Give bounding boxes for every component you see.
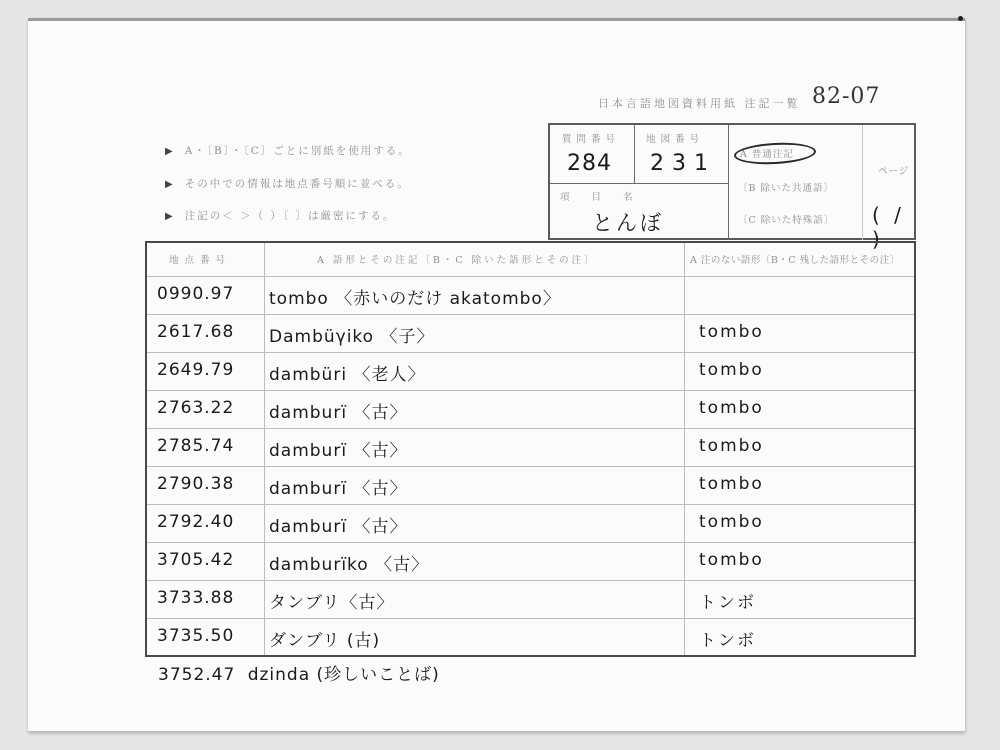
bullet-triangle-icon: ▶ <box>165 179 175 190</box>
plain-form-cell: トンボ <box>699 626 756 651</box>
option-b-excluded-common[interactable]: 〔B 除いた共通語〕 <box>738 180 834 194</box>
point-number-cell: 2763.22 <box>157 398 234 418</box>
column-header-point-number: 地点番号 <box>169 252 231 266</box>
question-number-label: 質問番号 <box>562 131 620 145</box>
point-number-cell: 3733.88 <box>157 588 234 608</box>
form-note-cell: dambüri 〈老人〉 <box>269 360 425 385</box>
bullet-triangle-icon: ▶ <box>165 146 175 157</box>
point-number-cell: 3705.42 <box>157 550 234 570</box>
pin-mark <box>958 16 963 21</box>
plain-form-cell: tombo <box>699 360 764 380</box>
form-note-cell: タンブリ〈古〉 <box>269 588 394 613</box>
point-number-cell: 2785.74 <box>157 436 234 456</box>
form-note-cell: damburïko 〈古〉 <box>269 550 429 575</box>
form-code: 82-07 <box>812 84 880 109</box>
plain-form-cell: tombo <box>699 474 764 494</box>
plain-form-cell: tombo <box>699 436 764 456</box>
map-number-label: 地図番号 <box>646 131 704 145</box>
item-name-value: とんぼ <box>592 207 664 237</box>
plain-form-cell: tombo <box>699 322 764 342</box>
point-number-cell: 2790.38 <box>157 474 234 494</box>
plain-form-cell: tombo <box>699 398 764 418</box>
point-number-cell: 0990.97 <box>157 284 234 304</box>
form-note-cell: ダンブリ (古) <box>269 626 380 651</box>
column-header-form-and-note: A 語形とその注記〔B・C 除いた語形とその注〕 <box>317 252 597 266</box>
form-note-cell: tombo 〈赤いのだけ akatombo〉 <box>269 284 561 309</box>
point-number-cell: 2792.40 <box>157 512 234 532</box>
question-number-value: 284 <box>567 151 612 176</box>
option-c-excluded-special[interactable]: 〔C 除いた特殊語〕 <box>738 212 834 226</box>
plain-form-cell: tombo <box>699 512 764 532</box>
point-number-cell: 3735.50 <box>157 626 234 646</box>
overflow-point-number: 3752.47 <box>158 665 235 685</box>
form-title: 日本言語地図資料用紙 注記一覧 <box>598 95 801 111</box>
form-note-cell: damburï 〈古〉 <box>269 512 407 537</box>
header-box: 質問番号 284 地図番号 231 項目名 とんぼ A 普通注記 〔B 除いた共… <box>548 123 916 240</box>
instruction-item: ▶その中での情報は地点番号順に並べる。 <box>165 176 410 191</box>
column-header-plain-form: A 注のない語形〔B・C 残した語形とその注〕 <box>690 252 900 266</box>
form-note-cell: Dambüγiko 〈子〉 <box>269 322 434 347</box>
form-note-cell: damburï 〈古〉 <box>269 436 407 461</box>
notes-table: 地点番号 A 語形とその注記〔B・C 除いた語形とその注〕 A 注のない語形〔B… <box>145 241 916 657</box>
instruction-item: ▶注記の＜ ＞（ ）〔 〕は厳密にする。 <box>165 208 395 223</box>
map-number-value: 231 <box>650 151 716 176</box>
bullet-triangle-icon: ▶ <box>165 211 175 222</box>
page-label: ページ <box>878 163 909 177</box>
form-note-cell: damburï 〈古〉 <box>269 474 407 499</box>
item-name-label: 項目名 <box>560 189 655 203</box>
overflow-form-note: dzinda (珍しいことば) <box>248 665 440 685</box>
form-note-cell: damburï 〈古〉 <box>269 398 407 423</box>
overflow-row: 3752.47 dzinda (珍しいことば) <box>158 660 440 685</box>
point-number-cell: 2649.79 <box>157 360 234 380</box>
instruction-item: ▶A・〔B〕・〔C〕ごとに別紙を使用する。 <box>165 143 411 158</box>
point-number-cell: 2617.68 <box>157 322 234 342</box>
plain-form-cell: tombo <box>699 550 764 570</box>
plain-form-cell: トンボ <box>699 588 756 613</box>
